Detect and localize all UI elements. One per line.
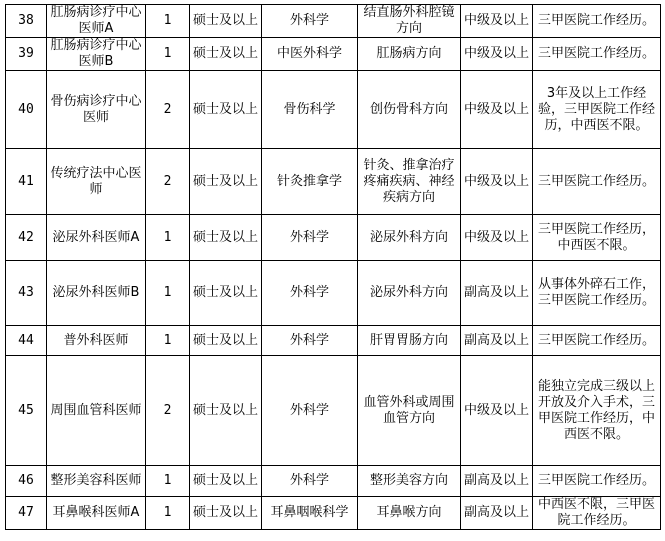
cell-number: 40 [6, 71, 47, 149]
cell-direction: 肛肠病方向 [358, 38, 461, 71]
cell-education: 硕士及以上 [190, 497, 262, 530]
cell-title: 中级及以上 [461, 149, 533, 215]
cell-count: 1 [146, 326, 190, 356]
cell-requirement: 三甲医院工作经历。 [533, 38, 661, 71]
cell-major: 耳鼻咽喉科学 [262, 497, 358, 530]
table-row: 38 肛肠病诊疗中心医师A 1 硕士及以上 外科学 结直肠外科腔镜方向 中级及以… [6, 5, 661, 38]
cell-requirement: 三甲医院工作经历。 [533, 326, 661, 356]
cell-count: 2 [146, 356, 190, 466]
cell-requirement: 中西医不限，三甲医院工作经历。 [533, 497, 661, 530]
cell-title: 副高及以上 [461, 261, 533, 326]
cell-count: 2 [146, 149, 190, 215]
cell-title: 中级及以上 [461, 356, 533, 466]
cell-requirement: 三甲医院工作经历，中西医不限。 [533, 215, 661, 261]
cell-count: 2 [146, 71, 190, 149]
cell-number: 38 [6, 5, 47, 38]
cell-position: 传统疗法中心医师 [47, 149, 146, 215]
cell-position: 耳鼻喉科医师A [47, 497, 146, 530]
cell-direction: 整形美容方向 [358, 466, 461, 497]
cell-position: 泌尿外科医师B [47, 261, 146, 326]
cell-major: 针灸推拿学 [262, 149, 358, 215]
cell-requirement: 三甲医院工作经历。 [533, 466, 661, 497]
cell-education: 硕士及以上 [190, 5, 262, 38]
cell-direction: 血管外科或周围血管方向 [358, 356, 461, 466]
cell-direction: 针灸、推拿治疗疼痛疾病、神经疾病方向 [358, 149, 461, 215]
cell-number: 39 [6, 38, 47, 71]
recruitment-table: 38 肛肠病诊疗中心医师A 1 硕士及以上 外科学 结直肠外科腔镜方向 中级及以… [5, 4, 661, 530]
cell-requirement: 从事体外碎石工作，三甲医院工作经历。 [533, 261, 661, 326]
cell-position: 整形美容科医师 [47, 466, 146, 497]
cell-major: 外科学 [262, 5, 358, 38]
table-row: 39 肛肠病诊疗中心医师B 1 硕士及以上 中医外科学 肛肠病方向 中级及以上 … [6, 38, 661, 71]
cell-direction: 泌尿外科方向 [358, 261, 461, 326]
cell-requirement: 三甲医院工作经历。 [533, 5, 661, 38]
table-row: 45 周围血管科医师 2 硕士及以上 外科学 血管外科或周围血管方向 中级及以上… [6, 356, 661, 466]
cell-position: 普外科医师 [47, 326, 146, 356]
table-row: 42 泌尿外科医师A 1 硕士及以上 外科学 泌尿外科方向 中级及以上 三甲医院… [6, 215, 661, 261]
cell-direction: 耳鼻喉方向 [358, 497, 461, 530]
cell-major: 外科学 [262, 261, 358, 326]
cell-education: 硕士及以上 [190, 466, 262, 497]
cell-major: 中医外科学 [262, 38, 358, 71]
cell-number: 42 [6, 215, 47, 261]
table-row: 40 骨伤病诊疗中心医师 2 硕士及以上 骨伤科学 创伤骨科方向 中级及以上 3… [6, 71, 661, 149]
cell-requirement: 3年及以上工作经验，三甲医院工作经历，中西医不限。 [533, 71, 661, 149]
cell-count: 1 [146, 5, 190, 38]
cell-count: 1 [146, 261, 190, 326]
cell-number: 44 [6, 326, 47, 356]
table-row: 47 耳鼻喉科医师A 1 硕士及以上 耳鼻咽喉科学 耳鼻喉方向 副高及以上 中西… [6, 497, 661, 530]
cell-count: 1 [146, 38, 190, 71]
cell-title: 中级及以上 [461, 5, 533, 38]
cell-requirement: 三甲医院工作经历。 [533, 149, 661, 215]
cell-major: 外科学 [262, 215, 358, 261]
table-row: 46 整形美容科医师 1 硕士及以上 外科学 整形美容方向 副高及以上 三甲医院… [6, 466, 661, 497]
cell-direction: 泌尿外科方向 [358, 215, 461, 261]
table-row: 41 传统疗法中心医师 2 硕士及以上 针灸推拿学 针灸、推拿治疗疼痛疾病、神经… [6, 149, 661, 215]
cell-position: 肛肠病诊疗中心医师B [47, 38, 146, 71]
cell-number: 47 [6, 497, 47, 530]
table-row: 43 泌尿外科医师B 1 硕士及以上 外科学 泌尿外科方向 副高及以上 从事体外… [6, 261, 661, 326]
cell-position: 肛肠病诊疗中心医师A [47, 5, 146, 38]
cell-education: 硕士及以上 [190, 326, 262, 356]
cell-major: 外科学 [262, 326, 358, 356]
cell-title: 副高及以上 [461, 466, 533, 497]
cell-title: 副高及以上 [461, 326, 533, 356]
cell-count: 1 [146, 215, 190, 261]
cell-title: 中级及以上 [461, 215, 533, 261]
cell-major: 骨伤科学 [262, 71, 358, 149]
table-body: 38 肛肠病诊疗中心医师A 1 硕士及以上 外科学 结直肠外科腔镜方向 中级及以… [6, 5, 661, 530]
cell-major: 外科学 [262, 466, 358, 497]
cell-position: 周围血管科医师 [47, 356, 146, 466]
cell-education: 硕士及以上 [190, 215, 262, 261]
cell-requirement: 能独立完成三级以上开放及介入手术，三甲医院工作经历，中西医不限。 [533, 356, 661, 466]
cell-position: 泌尿外科医师A [47, 215, 146, 261]
cell-education: 硕士及以上 [190, 71, 262, 149]
cell-count: 1 [146, 497, 190, 530]
cell-position: 骨伤病诊疗中心医师 [47, 71, 146, 149]
cell-direction: 创伤骨科方向 [358, 71, 461, 149]
cell-number: 45 [6, 356, 47, 466]
cell-title: 中级及以上 [461, 71, 533, 149]
cell-number: 43 [6, 261, 47, 326]
cell-direction: 肝胃胃肠方向 [358, 326, 461, 356]
cell-title: 副高及以上 [461, 497, 533, 530]
cell-education: 硕士及以上 [190, 356, 262, 466]
cell-education: 硕士及以上 [190, 261, 262, 326]
table-row: 44 普外科医师 1 硕士及以上 外科学 肝胃胃肠方向 副高及以上 三甲医院工作… [6, 326, 661, 356]
cell-title: 中级及以上 [461, 38, 533, 71]
cell-number: 41 [6, 149, 47, 215]
cell-count: 1 [146, 466, 190, 497]
cell-number: 46 [6, 466, 47, 497]
cell-education: 硕士及以上 [190, 149, 262, 215]
cell-major: 外科学 [262, 356, 358, 466]
cell-education: 硕士及以上 [190, 38, 262, 71]
cell-direction: 结直肠外科腔镜方向 [358, 5, 461, 38]
